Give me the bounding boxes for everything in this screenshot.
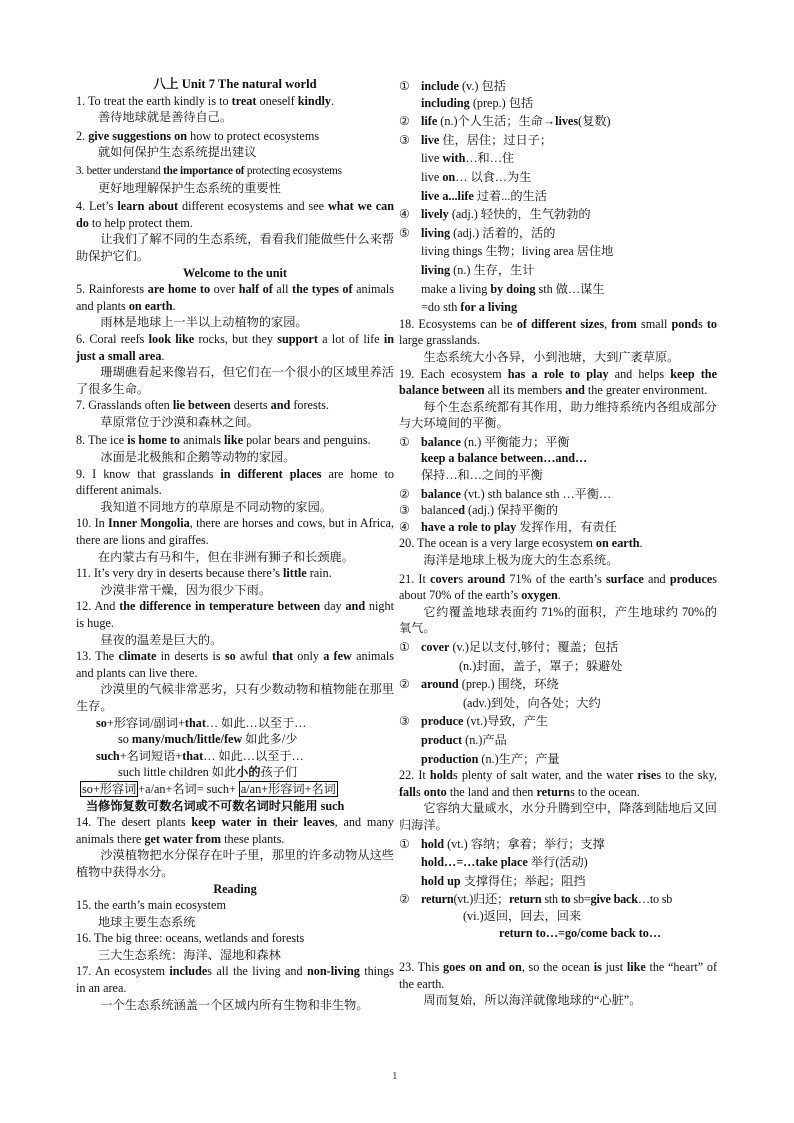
sentence-12: 12. And the difference in temperature be… [76,598,394,631]
sentence-10-translation: 在内蒙古有马和牛，但在非洲有狮子和长颈鹿。 [76,549,394,566]
sentence-22: 22. It holds plenty of salt water, and t… [399,767,717,800]
vocab-production: production (n.)生产；产量 [399,751,717,768]
section-heading-reading: Reading [76,881,394,898]
sentence-20: 20. The ocean is a very large ecosystem … [399,535,717,552]
sentence-14: 14. The desert plants keep water in thei… [76,814,394,847]
sentence-17-translation: 一个生态系统涵盖一个区域内所有生物和非生物。 [76,997,394,1014]
vocab-return-vt: ②return(vt.)归还；return sth to sb=give bac… [399,891,717,908]
sentence-9-translation: 我知道不同地方的草原是不同动物的家园。 [76,499,394,516]
vocab-lively: ④lively (adj.) 轻快的，生气勃勃的 [399,206,717,223]
sentence-21-translation: 它约覆盖地球表面约 71%的面积，产生地球约 70%的氧气。 [399,604,717,637]
sentence-18: 18. Ecosystems can be of different sizes… [399,316,717,349]
sentence-4: 4. Let’s learn about different ecosystem… [76,198,394,231]
sentence-5-translation: 雨林是地球上一半以上动植物的家园。 [76,314,394,331]
vocab-balanced: ③balanced (adj.) 保持平衡的 [399,502,717,519]
grammar-note-3: such+名词短语+that… 如此…以至于… [76,748,394,765]
grammar-note-1: so+形容词/副词+that… 如此…以至于… [76,715,394,732]
vocab-return-vi: (vi.)返回，回去，回来 [399,908,717,925]
vocab-life: ②life (n.)个人生活；生命→lives(复数) [399,113,717,130]
sentence-11: 11. It’s very dry in deserts because the… [76,565,394,582]
vocab-around: ②around (prep.) 围绕，环绕 [399,676,717,693]
sentence-16: 16. The big three: oceans, wetlands and … [76,930,394,947]
sentence-7-translation: 草原常位于沙漠和森林之间。 [76,414,394,431]
sentence-19: 19. Each ecosystem has a role to play an… [399,366,717,399]
sentence-13: 13. The climate in deserts is so awful t… [76,648,394,681]
sentence-6-translation: 珊瑚礁看起来像岩石，但它们在一个很小的区域里养活了很多生命。 [76,364,394,397]
page-number: 1 [392,1070,398,1082]
sentence-1-translation: 善待地球就是善待自己。 [76,109,394,126]
sentence-22-translation: 它容纳大量咸水，水分升腾到空中，降落到陆地后又回归海洋。 [399,800,717,833]
vocab-live-with: live with…和…住 [399,150,717,167]
grammar-formula: so+形容词+a/an+名词= such+ a/an+形容词+名词 [76,781,394,798]
right-column: ①include (v.) 包括 including (prep.) 包括 ②l… [399,76,717,1009]
sentence-10: 10. In Inner Mongolia, there are horses … [76,515,394,548]
vocab-living-noun: living (n.) 生存，生计 [399,262,717,279]
sentence-8-translation: 冰面是北极熊和企鹅等动物的家园。 [76,449,394,466]
vocab-living-adj: ⑤living (adj.) 活着的，活的 [399,225,717,242]
sentence-15: 15. the earth’s main ecosystem [76,897,394,914]
sentence-21: 21. It covers around 71% of the earth’s … [399,571,717,604]
formula-box-left: so+形容词 [80,781,138,797]
sentence-7: 7. Grasslands often lie between deserts … [76,397,394,414]
vocab-include: ①include (v.) 包括 [399,78,717,95]
vocab-keep-a-balance-translation: 保持…和…之间的平衡 [399,467,717,484]
sentence-12-translation: 昼夜的温差是巨大的。 [76,632,394,649]
sentence-23: 23. This goes on and on, so the ocean is… [399,959,717,992]
vocab-cover: ①cover (v.)足以支付,够付；覆盖；包括 [399,639,717,656]
vocab-live-a-life: live a...life 过着...的生活 [399,188,717,205]
sentence-13-translation: 沙漠里的气候非常恶劣，只有少数动物和植物能在那里生存。 [76,681,394,714]
sentence-18-translation: 生态系统大小各异，小到池塘，大到广袤草原。 [399,349,717,366]
sentence-20-translation: 海洋是地球上极为庞大的生态系统。 [399,552,717,569]
vocab-for-a-living: =do sth for a living [399,299,717,316]
vocab-hold-take-place: hold…=…take place 举行(活动) [399,854,717,871]
sentence-17: 17. An ecosystem includes all the living… [76,963,394,996]
sentence-14-translation: 沙漠植物把水分保存在叶子里，那里的许多动物从这些植物中获得水分。 [76,847,394,880]
vocab-produce: ③produce (vt.)导致，产生 [399,713,717,730]
sentence-4-translation: 让我们了解不同的生态系统，看看我们能做些什么来帮助保护它们。 [76,231,394,264]
sentence-2: 2. give suggestions on how to protect ec… [76,128,394,145]
sentence-8: 8. The ice is home to animals like polar… [76,432,394,449]
vocab-keep-a-balance: keep a balance between…and… [399,450,717,467]
number-circle-1: ① [399,78,421,95]
vocab-hold: ①hold (vt.) 容纳；拿着；举行；支撑 [399,836,717,853]
sentence-3-translation: 更好地理解保护生态系统的重要性 [76,180,394,197]
vocab-live-on: live on… 以食…为生 [399,169,717,186]
sentence-16-translation: 三大生态系统：海洋、湿地和森林 [76,947,394,964]
formula-box-right: a/an+形容词+名词 [239,781,338,797]
vocab-living-things: living things 生物；living area 居住地 [399,243,717,260]
grammar-rule: 当修饰复数可数名词或不可数名词时只能用 such [76,798,394,815]
vocab-balance-noun: ①balance (n.) 平衡能力；平衡 [399,434,717,451]
sentence-5: 5. Rainforests are home to over half of … [76,281,394,314]
sentence-6: 6. Coral reefs look like rocks, but they… [76,331,394,364]
vocab-product: product (n.)产品 [399,732,717,749]
sentence-2-translation: 就如何保护生态系统提出建议 [76,144,394,161]
left-column: 八上 Unit 7 The natural world 1. To treat … [76,76,394,1013]
sentence-1: 1. To treat the earth kindly is to treat… [76,93,394,110]
vocab-balance-verb: ②balance (vt.) sth balance sth …平衡… [399,486,717,503]
sentence-11-translation: 沙漠非常干燥，因为很少下雨。 [76,582,394,599]
section-heading-welcome: Welcome to the unit [76,265,394,282]
grammar-note-2: so many/much/little/few 如此多/少 [76,731,394,748]
grammar-note-4: such little children 如此小的孩子们 [76,764,394,781]
vocab-hold-up: hold up 支撑得住；举起；阻挡 [399,873,717,890]
vocab-around-adv: (adv.)到处，向各处；大约 [399,695,717,712]
page-title: 八上 Unit 7 The natural world [76,76,394,93]
sentence-19-translation: 每个生态系统都有其作用，助力维持系统内各组成部分与大环境间的平衡。 [399,399,717,432]
sentence-9: 9. I know that grasslands in different p… [76,466,394,499]
vocab-cover-noun: (n.)封面，盖子，罩子；躲避处 [399,658,717,675]
vocab-including: including (prep.) 包括 [399,95,717,112]
sentence-15-translation: 地球主要生态系统 [76,914,394,931]
vocab-have-a-role: ④have a role to play 发挥作用，有责任 [399,519,717,536]
vocab-live: ③live 住，居住；过日子； [399,132,717,149]
sentence-3: 3. better understand the importance of p… [76,163,394,180]
sentence-23-translation: 周而复始，所以海洋就像地球的“心脏”。 [399,992,717,1009]
vocab-return-to: return to…=go/come back to… [399,925,717,942]
vocab-make-a-living: make a living by doing sth 做…谋生 [399,281,717,298]
